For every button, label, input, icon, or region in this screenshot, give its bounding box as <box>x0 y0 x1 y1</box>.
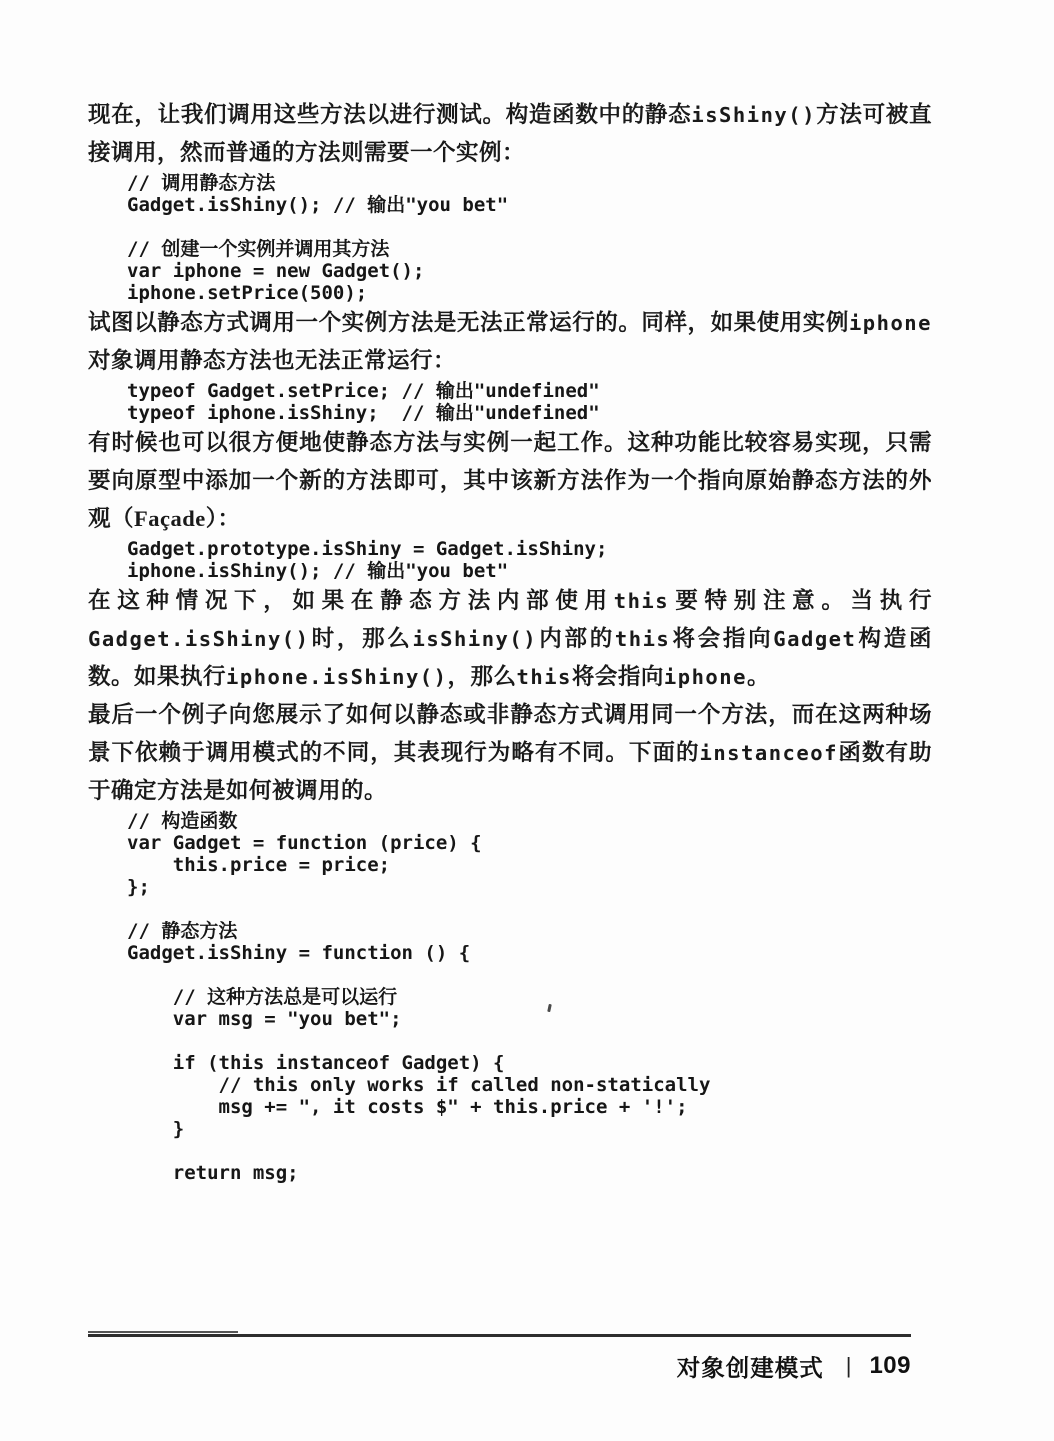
body-text: 将会指向 <box>670 626 773 651</box>
body-text: 现在，让我们调用这些方法以进行测试。构造函数中的静态 <box>88 102 691 127</box>
paragraph-3: 有时候也可以很方便地使静态方法与实例一起工作。这种功能比较容易实现，只需要向原型… <box>88 424 932 538</box>
inline-code: iphone.isShiny() <box>226 665 447 689</box>
inline-code: iphone <box>849 311 932 335</box>
footer-chapter-title: 对象创建模式 <box>677 1349 824 1383</box>
body-text: ，那么 <box>448 664 517 689</box>
page-content: 现在，让我们调用这些方法以进行测试。构造函数中的静态isShiny()方法可被直… <box>0 0 1054 1184</box>
body-text: 。 <box>747 664 770 689</box>
body-text: 将会指向 <box>572 664 664 689</box>
code-block-3: Gadget.prototype.isShiny = Gadget.isShin… <box>127 538 932 582</box>
inline-code: Gadget.isShiny() <box>88 627 309 651</box>
paragraph-2: 试图以静态方式调用一个实例方法是无法正常运行的。同样，如果使用实例iphone对… <box>88 304 932 380</box>
body-text: 有时候也可以很方便地使静态方法与实例一起工作。这种功能比较容易实现，只需要向原型… <box>88 430 932 531</box>
inline-code: this <box>517 665 572 689</box>
inline-code: this <box>615 627 670 651</box>
paragraph-4: 在这种情况下，如果在静态方法内部使用this要特别注意。当执行Gadget.is… <box>88 582 932 696</box>
inline-code: Gadget <box>773 627 856 651</box>
body-text: 要特别注意。当执行 <box>669 588 932 613</box>
code-block-1: // 调用静态方法 Gadget.isShiny(); // 输出"you be… <box>127 172 932 304</box>
inline-code: this <box>614 589 669 613</box>
body-text: 在这种情况下，如果在静态方法内部使用 <box>88 588 614 613</box>
footer-line: 对象创建模式 | 109 <box>88 1349 911 1383</box>
inline-code: isShiny() <box>413 627 538 651</box>
footer-rule <box>88 1334 911 1337</box>
body-text: 试图以静态方式调用一个实例方法是无法正常运行的。同样，如果使用实例 <box>88 310 849 335</box>
code-block-4: // 构造函数 var Gadget = function (price) { … <box>127 810 932 1184</box>
footer-page-number: 109 <box>869 1352 911 1380</box>
book-page: 现在，让我们调用这些方法以进行测试。构造函数中的静态isShiny()方法可被直… <box>0 0 1054 1441</box>
inline-code: iphone <box>664 665 747 689</box>
body-text: 时，那么 <box>309 626 412 651</box>
inline-code: instanceof <box>699 741 837 765</box>
footer-separator: | <box>846 1353 852 1379</box>
inline-code: isShiny() <box>691 103 816 127</box>
page-footer: 对象创建模式 | 109 <box>88 1334 911 1383</box>
paragraph-5: 最后一个例子向您展示了如何以静态或非静态方式调用同一个方法，而在这两种场景下依赖… <box>88 696 932 810</box>
body-text: 内部的 <box>537 626 615 651</box>
body-text: 对象调用静态方法也无法正常运行： <box>88 348 456 373</box>
paragraph-1: 现在，让我们调用这些方法以进行测试。构造函数中的静态isShiny()方法可被直… <box>88 96 932 172</box>
code-block-2: typeof Gadget.setPrice; // 输出"undefined"… <box>127 380 932 424</box>
